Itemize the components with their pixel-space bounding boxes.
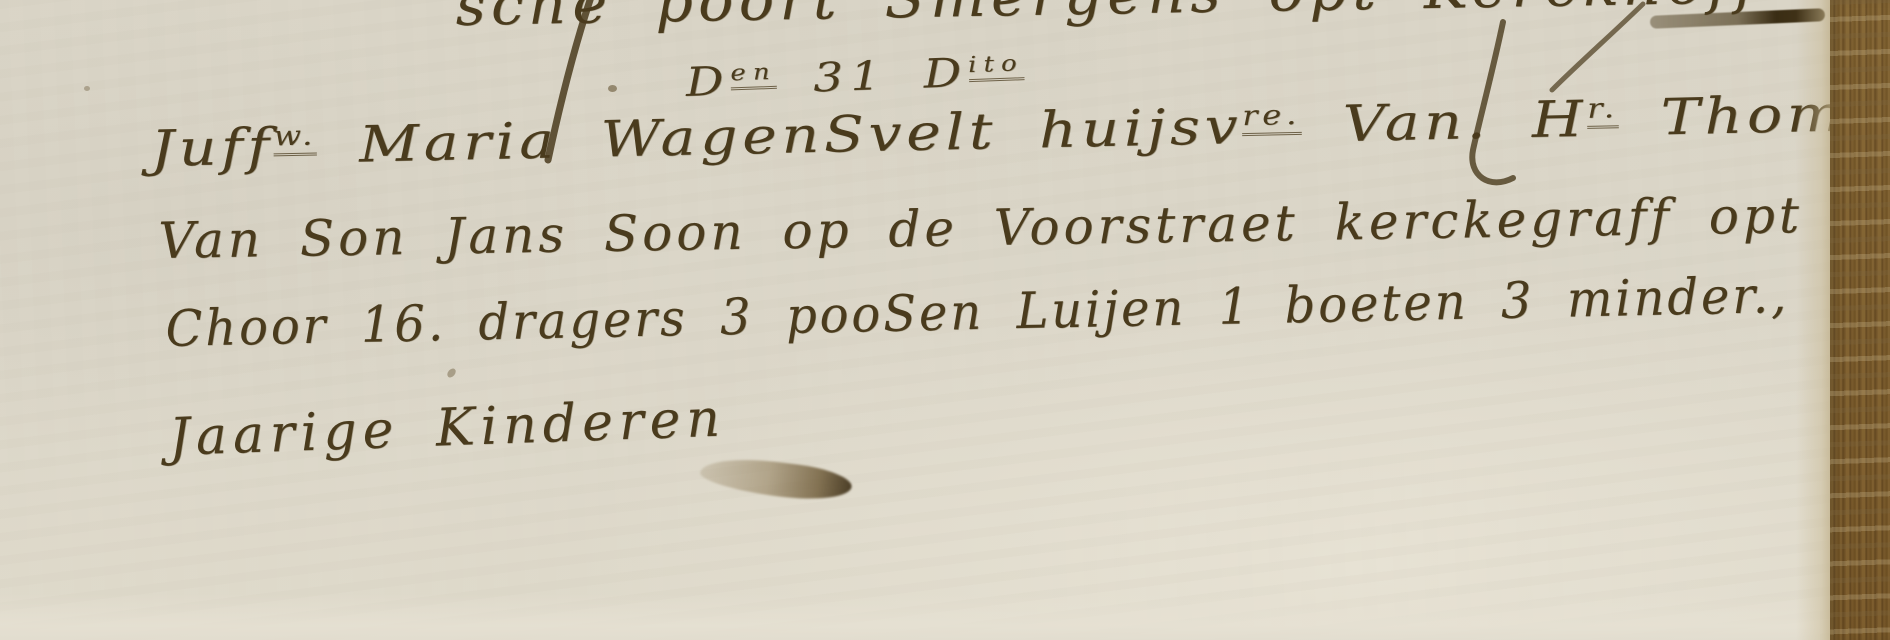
ink-speck <box>84 86 90 91</box>
ink-smudge <box>698 453 853 505</box>
superscript-re: re. <box>1242 99 1301 136</box>
superscript-w: w. <box>273 120 317 157</box>
ink-speck <box>608 85 617 92</box>
superscript-en: en <box>730 59 777 90</box>
entry-line-3: Choor 16. dragers 3 pooSen Luijen 1 boet… <box>165 266 1790 358</box>
top-line-text: sche poort Smergens opt Kerckhoff <box>455 0 1762 39</box>
entry-line-4: Jaarige Kinderen <box>168 389 727 468</box>
manuscript-page-scan: sche poort Smergens opt Kerckhoff Den 31… <box>0 0 1890 640</box>
superscript-r: r. <box>1587 93 1619 130</box>
book-page-edge <box>1830 0 1890 640</box>
ink-speck <box>446 367 458 379</box>
paper-bottom-sheen <box>0 594 1820 640</box>
entry-line-1: Juffw. Maria WagenSvelt huijsvre. Van. H… <box>150 83 1890 178</box>
page-edge-shadow <box>1796 0 1832 640</box>
top-line-fragment: sche poort Smergens opt Kerckhoff <box>455 0 1762 39</box>
date-heading: Den 31 Dito <box>685 48 1025 106</box>
entry-line-2: Van Son Jans Soon op de Voorstraet kerck… <box>158 186 1803 270</box>
superscript-ito: ito <box>968 51 1025 82</box>
